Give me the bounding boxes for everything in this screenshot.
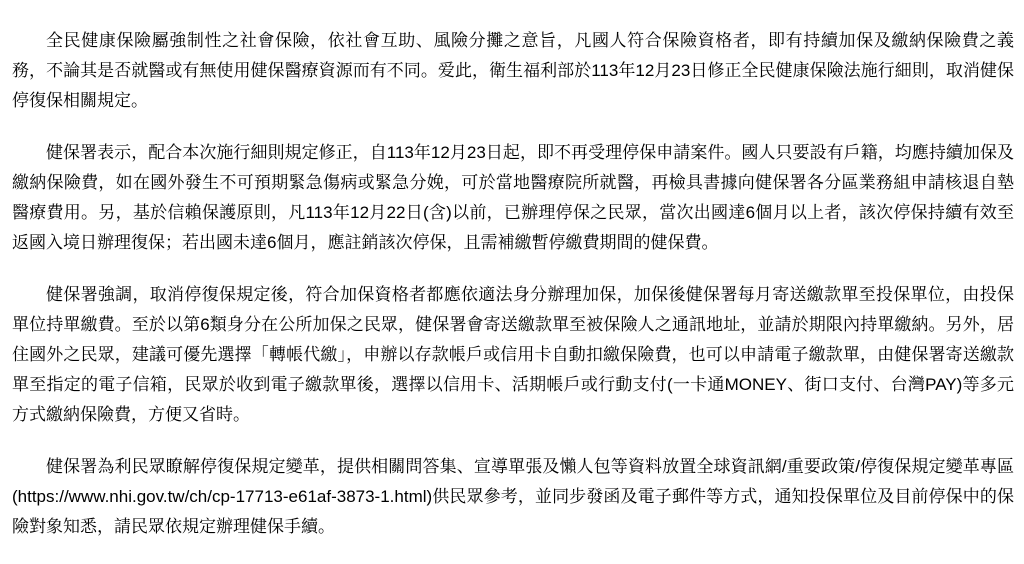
paragraph-information-resources: 健保署為利民眾瞭解停復保規定變革，提供相關問答集、宣導單張及懶人包等資料放置全球… [12, 452, 1014, 542]
paragraph-payment-methods: 健保署強調，取消停復保規定後，符合加保資格者都應依適法身分辦理加保，加保後健保署… [12, 280, 1014, 430]
paragraph-suspension-rule-change: 健保署表示，配合本次施行細則規定修正，自113年12月23日起，即不再受理停保申… [12, 138, 1014, 258]
paragraph-intro: 全民健康保險屬強制性之社會保險，依社會互助、風險分攤之意旨，凡國人符合保險資格者… [12, 26, 1014, 116]
document-body: 全民健康保險屬強制性之社會保險，依社會互助、風險分攤之意旨，凡國人符合保險資格者… [0, 0, 1024, 564]
